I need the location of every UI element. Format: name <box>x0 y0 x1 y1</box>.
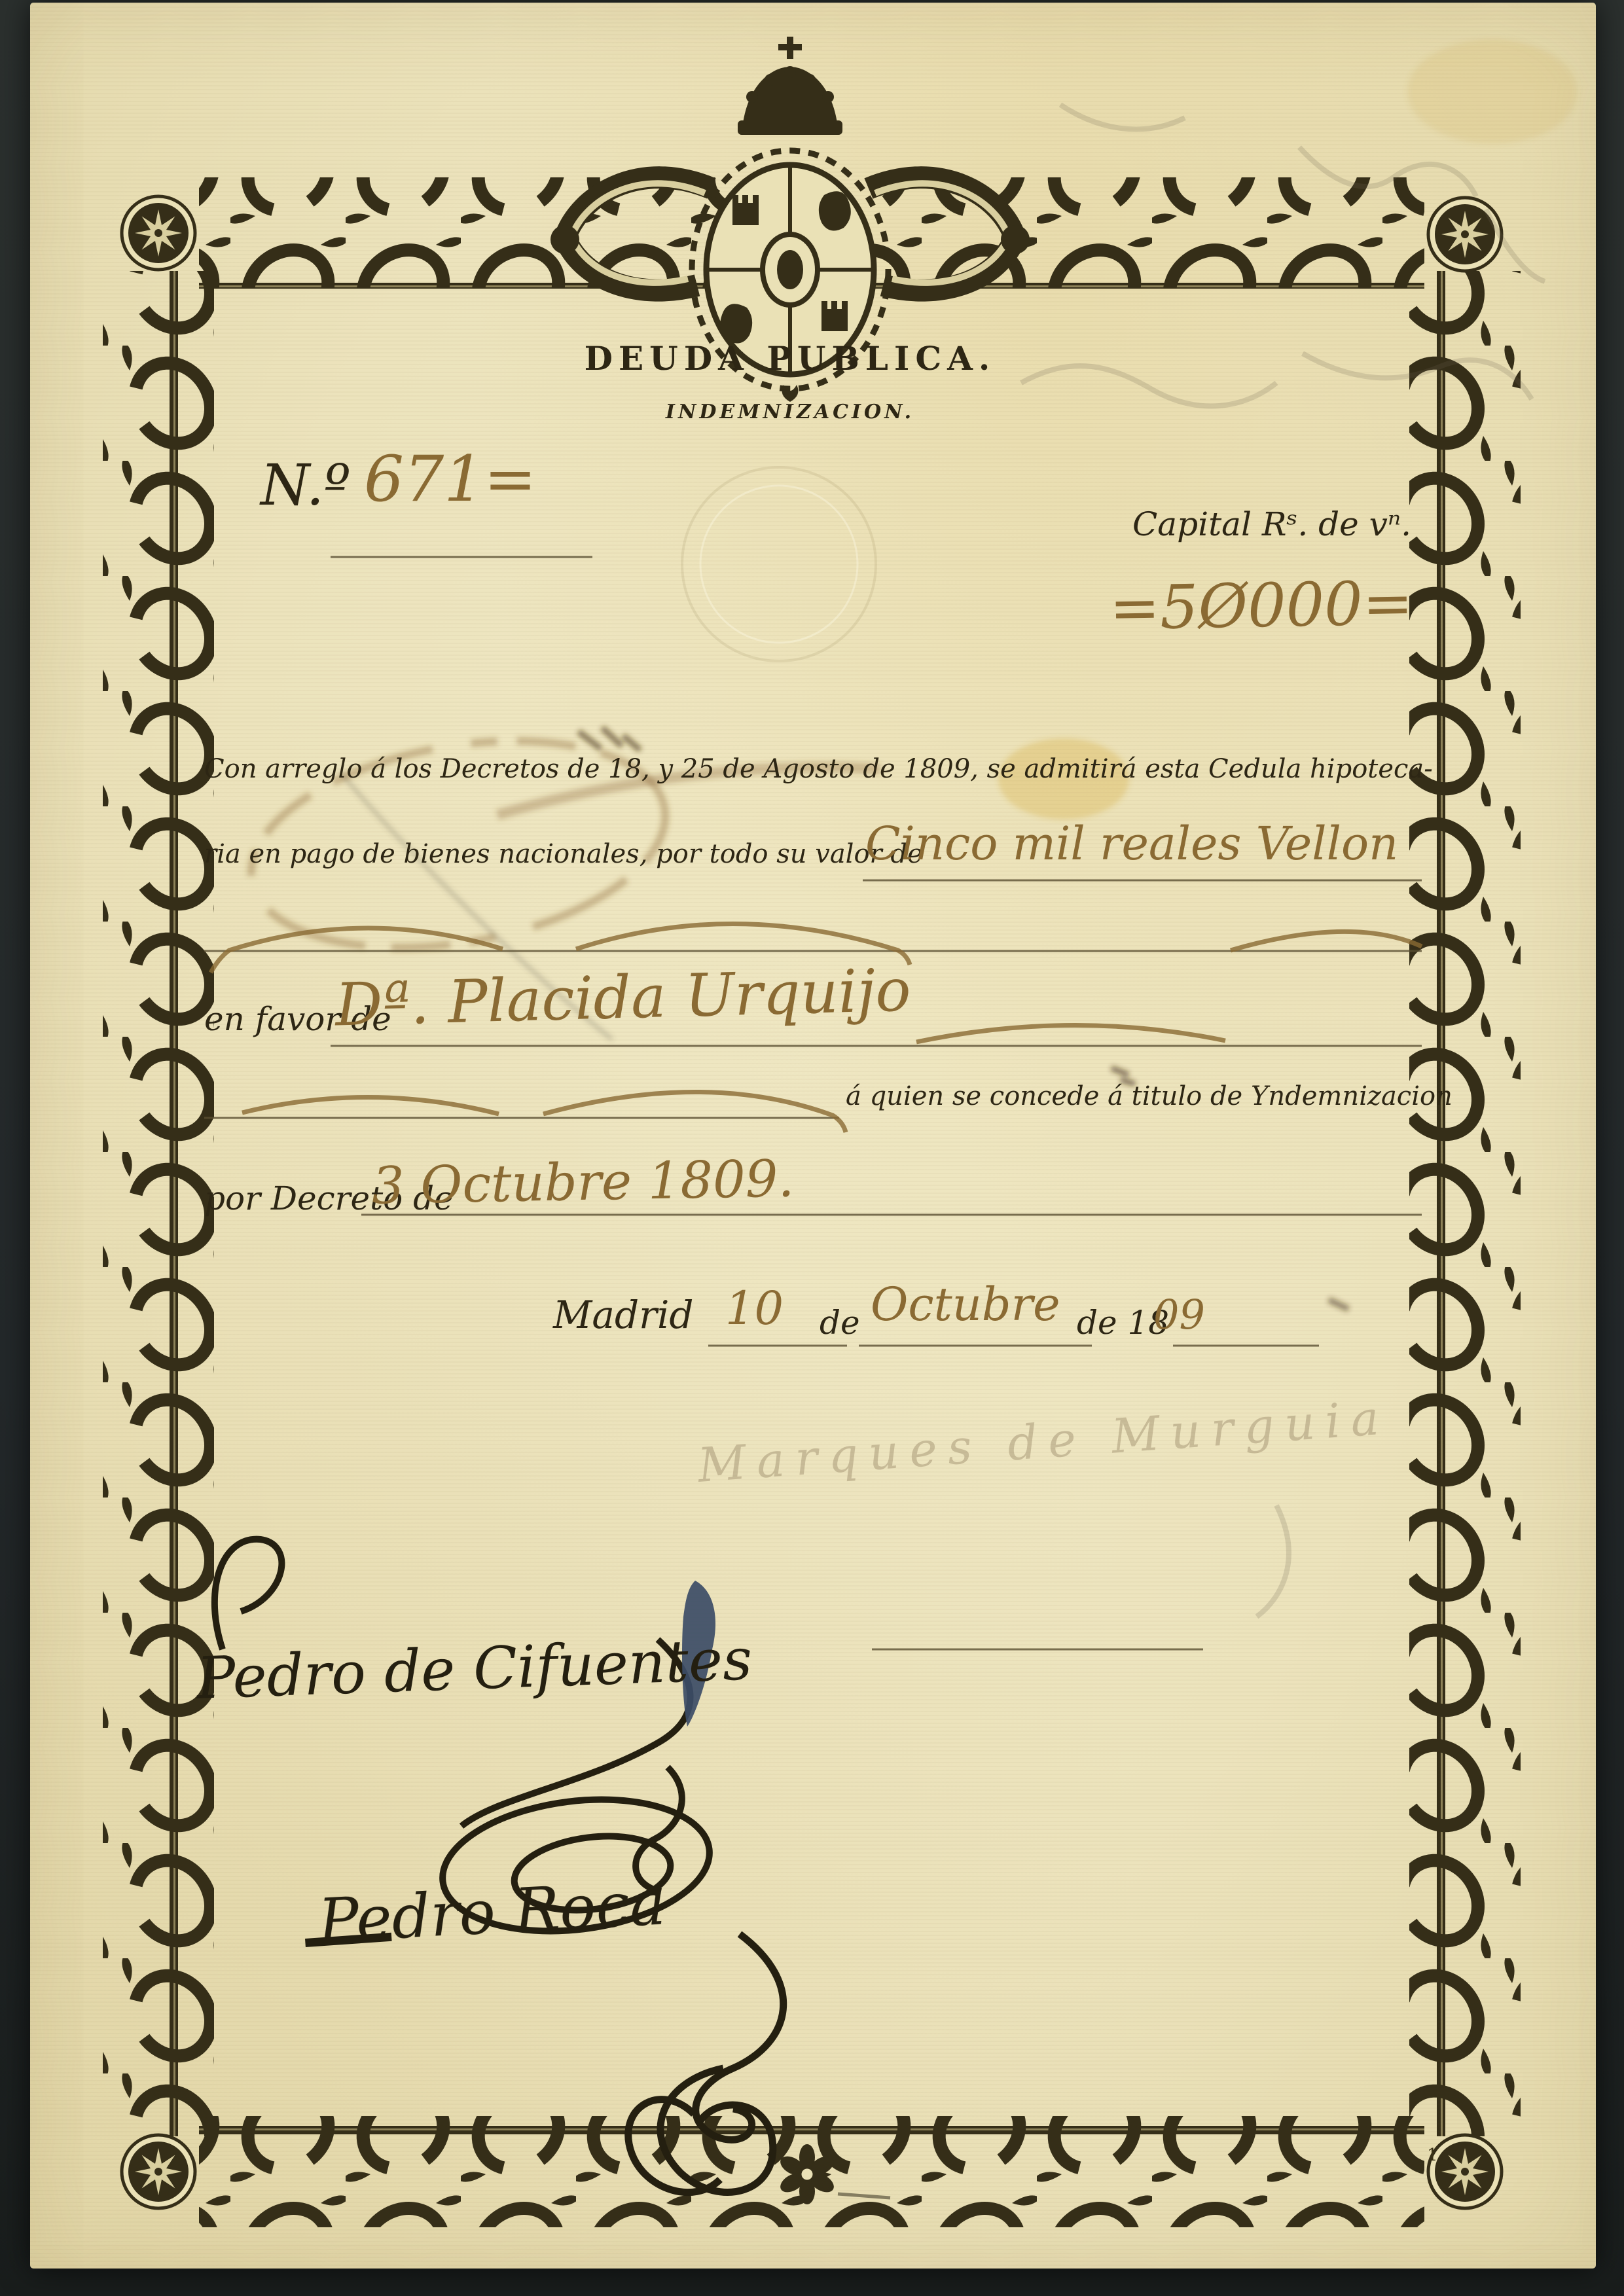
certificate-page: DEUDA PUBLICA. INDEMNIZACION. N.º 671= C… <box>0 0 1624 2296</box>
embossed-seal-icon <box>682 467 876 661</box>
dateline-de: de <box>820 1304 860 1342</box>
document-subtitle: INDEMNIZACION. <box>666 401 914 423</box>
corner-rosette-icon <box>122 196 195 270</box>
ribbon-border-right <box>1409 271 1521 2136</box>
page-marker: 1 <box>1427 2145 1438 2165</box>
dateline-year-handwritten: 09 <box>1153 1291 1205 1338</box>
ribbon-border-left <box>103 271 214 2136</box>
capital-label: Capital Rˢ. de vⁿ. <box>1132 505 1411 543</box>
body-text-line1: Con arreglo á los Decretos de 18, y 25 d… <box>204 754 1433 784</box>
decree-date-handwritten: 3 Octubre 1809. <box>371 1149 795 1215</box>
corner-rosette-icon <box>1428 198 1502 271</box>
concession-text: á quien se concede á titulo de Yndemniza… <box>846 1081 1453 1111</box>
document-title: DEUDA PUBLICA. <box>585 339 996 378</box>
dateline-month-handwritten: Octubre <box>871 1278 1060 1331</box>
corner-rosette-icon <box>1428 2135 1502 2208</box>
dateline-place: Madrid <box>553 1293 694 1337</box>
capital-value: =5Ø000= <box>1109 568 1414 643</box>
certificate-number-value: 671= <box>364 442 537 516</box>
corner-rosette-icon <box>122 2135 195 2208</box>
amount-handwritten: Cinco mil reales Vellon <box>865 817 1398 870</box>
certificate-number-label: N.º <box>261 453 351 518</box>
royal-crown-icon <box>738 37 842 135</box>
dateline-day-handwritten: 10 <box>725 1282 784 1335</box>
body-text-line2: ria en pago de bienes nacionales, por to… <box>204 839 923 869</box>
